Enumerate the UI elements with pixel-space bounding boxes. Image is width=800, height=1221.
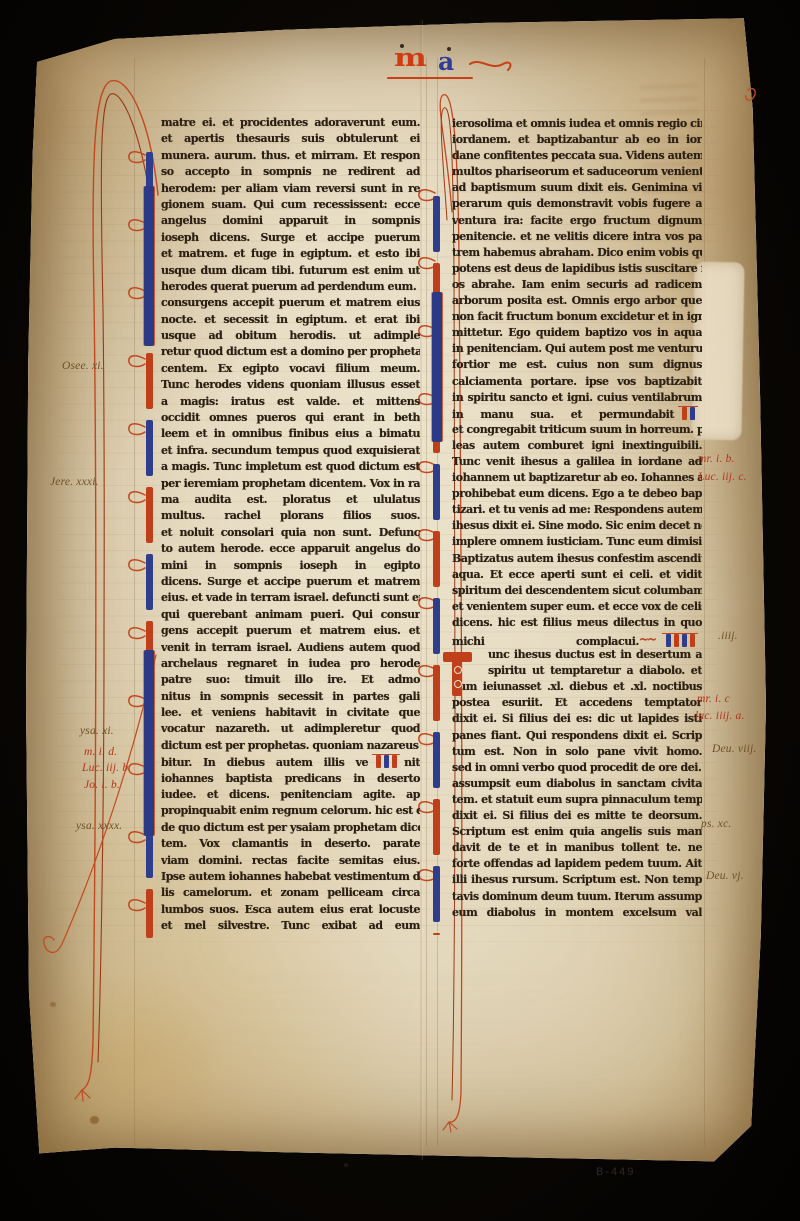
text-line: in manu sua. et permundabit xyxy=(452,406,702,422)
text-line: davit de te et in manibus tollent te. ne xyxy=(452,840,702,856)
border-bar-segment xyxy=(146,554,153,610)
text-line: iohannes baptista predicans in deserto xyxy=(161,771,420,787)
text-line: per ieremiam prophetam dicentem. Vox in … xyxy=(161,476,420,492)
text-line: qui querebant animam pueri. Qui consur xyxy=(161,607,420,623)
text-line: to autem herode. ecce apparuit angelus d… xyxy=(161,541,420,557)
margin-note: Jere. xxxi. xyxy=(50,476,99,488)
text-line: lee. et veniens habitavit in civitate qu… xyxy=(161,705,420,721)
pencil-inventory-note: B-449 xyxy=(596,1166,635,1178)
text-line: et apertis thesauris suis obtulerunt ei xyxy=(161,131,420,147)
text-line: herodes querat puerum ad perdendum eum. … xyxy=(161,279,420,295)
text-line: centem. Ex egipto vocavi filium meum. xyxy=(161,361,420,377)
text-line: et congregabit triticum suum in horreum.… xyxy=(452,422,702,438)
text-line: eum diabolus in montem excelsum val xyxy=(452,905,702,921)
text-line: leem et in omnibus finibus eius a bimatu xyxy=(161,426,420,442)
text-line: implere omnem iusticiam. Tunc eum dimisi… xyxy=(452,534,702,550)
text-line: propinquabit enim regnum celorum. hic es… xyxy=(161,803,420,819)
text-line: lumbos suos. Esca autem eius erat locust… xyxy=(161,902,420,918)
text-line: multos phariseorum et saduceorum venient… xyxy=(452,164,702,180)
margin-note: Luc. iij. b. xyxy=(82,762,131,774)
text-line: tum est. Non in solo pane vivit homo. xyxy=(452,744,702,760)
text-line: ioseph dicens. Surge et accipe puerum xyxy=(161,230,420,246)
border-bar-segment xyxy=(433,531,440,587)
text-line: eius. et vade in terram israel. defuncti… xyxy=(161,590,420,606)
text-column-right: ierosolima et omnis iudea et omnis regio… xyxy=(452,116,702,921)
initial-letter-I xyxy=(144,650,154,836)
text-line: consurgens accepit puerum et matrem eius xyxy=(161,295,420,311)
red-squiggle: ~~ xyxy=(639,631,655,647)
text-line: patre suo: timuit illo ire. Et admo xyxy=(161,672,420,688)
text-line: occidit omnes pueros qui erant in beth xyxy=(161,410,420,426)
text-line: postea esuriit. Et accedens temptator xyxy=(452,695,702,711)
text-line: unc ihesus ductus est in desertum a xyxy=(452,647,702,663)
text-line: archelaus regnaret in iudea pro herode xyxy=(161,656,420,672)
border-bar-segment xyxy=(433,799,440,855)
text-line: potens est deus de lapidibus istis susci… xyxy=(452,261,702,277)
text-line: dixit ei. Si filius dei es: dic ut lapid… xyxy=(452,711,702,727)
text-line: non facit fructum bonum excidetur et in … xyxy=(452,309,702,325)
chapter-numeral-iii xyxy=(372,754,400,770)
text-line: in penitenciam. Qui autem post me ventur… xyxy=(452,341,702,357)
text-line: herodem: per aliam viam reversi sunt in … xyxy=(161,181,420,197)
text-line: trem habemus abraham. Dico enim vobis qu… xyxy=(452,245,702,261)
margin-note: ysa. xi. xyxy=(80,725,114,737)
margin-note: .iiij. xyxy=(718,630,738,642)
initial-letter-T xyxy=(443,652,472,696)
text-line: et venientem super eum. et ecce vox de c… xyxy=(452,599,702,615)
text-line: tizari. et tu venis ad me: Respondens au… xyxy=(452,502,702,518)
border-bar-segment xyxy=(433,933,440,935)
border-bar-segment xyxy=(433,665,440,721)
text-line: ventura ira: facite ergo fructum dignum xyxy=(452,213,702,229)
border-bar-segment xyxy=(433,866,440,922)
text-line: calciamenta portare. ipse vos baptizabit xyxy=(452,374,702,390)
border-bar-segment xyxy=(433,598,440,654)
margin-note: m. i. d. xyxy=(84,746,117,758)
text-line: dane confitentes peccata sua. Videns aut… xyxy=(452,148,702,164)
text-line: forte offendas ad lapidem pedem tuum. Ai… xyxy=(452,856,702,872)
text-line: tem. et statuit eum supra pinnaculum tem… xyxy=(452,792,702,808)
text-line: dixit ei. Si filius dei es mitte te deor… xyxy=(452,808,702,824)
text-line: ihesus dixit ei. Sine modo. Sic enim dec… xyxy=(452,518,702,534)
text-line: illi ihesus rursum. Scriptum est. Non te… xyxy=(452,872,702,888)
text-line: retur quod dictum est a domino per proph… xyxy=(161,344,420,360)
text-line: iudee. et dicens. penitenciam agite. ap xyxy=(161,787,420,803)
text-line: mittetur. Ego quidem baptizo vos in aqua xyxy=(452,325,702,341)
text-line: Tunc venit ihesus a galilea in iordane a… xyxy=(452,454,702,470)
chapter-numeral-iiii xyxy=(662,633,698,647)
margin-note: Jo. i. b. xyxy=(84,779,120,791)
text-line: ad baptismum suum dixit eis. Genimina vi xyxy=(452,180,702,196)
text-line: a magis: iratus est valde. et mittens xyxy=(161,394,420,410)
text-line: tem. Vox clamantis in deserto. parate xyxy=(161,836,420,852)
text-line: nitus in sompnis secessit in partes gali xyxy=(161,689,420,705)
margin-note: luc. iiij. a. xyxy=(695,710,745,722)
text-line: fortior me est. cuius non sum dignus xyxy=(452,357,702,373)
text-line: perarum quis demonstravit vobis fugere a xyxy=(452,196,702,212)
text-line: matre ei. et procidentes adoraverunt eum… xyxy=(161,115,420,131)
text-line: venit in terram israel. Audiens autem qu… xyxy=(161,640,420,656)
text-line: Scriptum est enim quia angelis suis man xyxy=(452,824,702,840)
border-bar-segment xyxy=(433,464,440,520)
margin-note: ysa. xxxx. xyxy=(76,820,122,832)
text-line: iohannem ut baptizaretur ab eo. Iohannes… xyxy=(452,470,702,486)
vertical-ruling xyxy=(134,58,135,1146)
text-line: munera. aurum. thus. et mirram. Et respo… xyxy=(161,148,420,164)
margin-note: Osee. xi. xyxy=(62,360,104,372)
margin-note: ps. xc. xyxy=(701,818,731,830)
initial-letter-bar xyxy=(432,292,442,442)
text-line: panes fiant. Qui respondens dixit ei. Sc… xyxy=(452,728,702,744)
text-line: cum ieiunasset .xl. diebus et .xl. nocti… xyxy=(452,679,702,695)
text-line: et infra. secundum tempus quod exquisier… xyxy=(161,443,420,459)
text-line: aqua. Et ecce aperti sunt ei celi. et vi… xyxy=(452,567,702,583)
border-bar-segment xyxy=(146,889,153,938)
border-bar-segment xyxy=(433,196,440,252)
stain-spot xyxy=(344,1163,348,1167)
margin-note: mr. i. c xyxy=(697,693,730,705)
text-line: usque dum dicam tibi. futurum est enim u… xyxy=(161,263,420,279)
text-line: Ipse autem iohannes habebat vestimentum … xyxy=(161,869,420,885)
text-line: dicens. Surge et accipe puerum et matrem xyxy=(161,574,420,590)
text-line: usque ad obitum herodis. ut adimple xyxy=(161,328,420,344)
vertical-ruling xyxy=(704,58,705,1146)
running-title-letter-a: a xyxy=(438,47,454,76)
vertical-ruling xyxy=(426,58,427,1146)
border-bar-segment xyxy=(146,487,153,543)
border-bar-segment xyxy=(146,420,153,476)
text-line: dicens. hic est filius meus dilectus in … xyxy=(452,615,702,631)
text-line: leas autem comburet igni inextinguibili. xyxy=(452,438,702,454)
text-line: so accepto in sompnis ne redirent ad xyxy=(161,164,420,180)
text-line: gionem suam. Qui cum recessissent: ecce xyxy=(161,197,420,213)
border-bar-segment xyxy=(146,353,153,409)
text-line: iordanem. et baptizabantur ab eo in ior xyxy=(452,132,702,148)
text-line: mini in sompnis ioseph in egipto xyxy=(161,558,420,574)
text-line: angelus domini apparuit in sompnis xyxy=(161,213,420,229)
text-line: multus. rachel plorans filios suos. xyxy=(161,508,420,524)
margin-note: Deu. vj. xyxy=(706,870,744,882)
text-line: de quo dictum est per ysaiam prophetam d… xyxy=(161,820,420,836)
text-line: prohibebat eum dicens. Ego a te debeo ba… xyxy=(452,486,702,502)
text-line: assumpsit eum diabolus in sanctam civita xyxy=(452,776,702,792)
margin-note: Deu. viij. xyxy=(712,743,756,755)
text-line: et noluit consolari quia non sunt. Defun… xyxy=(161,525,420,541)
text-line: ma audita est. ploratus et ululatus xyxy=(161,492,420,508)
text-line: sed in omni verbo quod procedit de ore d… xyxy=(452,760,702,776)
vertical-crease xyxy=(420,20,422,1160)
text-line: a magis. Tunc impletum est quod dictum e… xyxy=(161,459,420,475)
text-line: michi complacui.~~ xyxy=(452,631,702,647)
text-line: Baptizatus autem ihesus confestim ascend… xyxy=(452,551,702,567)
text-line: spiritum dei descendentem sicut columbam… xyxy=(452,583,702,599)
text-line: et mel silvestre. Tunc exibat ad eum xyxy=(161,918,420,934)
border-bar-segment xyxy=(433,732,440,788)
text-line: arborum posita est. Omnis ergo arbor que xyxy=(452,293,702,309)
text-line: Tunc herodes videns quoniam illusus esse… xyxy=(161,377,420,393)
text-line: penitencie. et ne velitis dicere intra v… xyxy=(452,229,702,245)
text-line: ierosolima et omnis iudea et omnis regio… xyxy=(452,116,702,132)
text-line: bitur. In diebus autem illis venit xyxy=(161,754,420,770)
text-line: in spiritu sancto et igni. cuius ventila… xyxy=(452,390,702,406)
margin-note: mr. i. b. xyxy=(698,453,735,465)
text-line: os abrahe. Iam enim securis ad radicem xyxy=(452,277,702,293)
text-line: vocatur nazareth. ut adimpleretur quod xyxy=(161,721,420,737)
text-line: gens accepit puerum et matrem eius. et xyxy=(161,623,420,639)
running-title-letter-m: m xyxy=(394,43,427,73)
text-column-left: matre ei. et procidentes adoraverunt eum… xyxy=(161,115,420,935)
text-line: spiritu ut temptaretur a diabolo. et xyxy=(452,663,702,679)
text-line: lis camelorum. et zonam pelliceam circa xyxy=(161,885,420,901)
text-line: tavis dominum deum tuum. Iterum assumpsi… xyxy=(452,889,702,905)
photograph-background: m a matre ei. et procidentes adoraverunt… xyxy=(0,0,800,1221)
text-line: et matrem. et fuge in egiptum. et esto i… xyxy=(161,246,420,262)
text-line: viam domini. rectas facite semitas eius. xyxy=(161,853,420,869)
margin-note: Luc. iij. c. xyxy=(698,471,747,483)
initial-letter-bar xyxy=(144,186,154,346)
text-line: dictum est per prophetas. quoniam nazare… xyxy=(161,738,420,754)
line-filler xyxy=(678,406,698,422)
text-line: nocte. et secessit in egiptum. et erat i… xyxy=(161,312,420,328)
